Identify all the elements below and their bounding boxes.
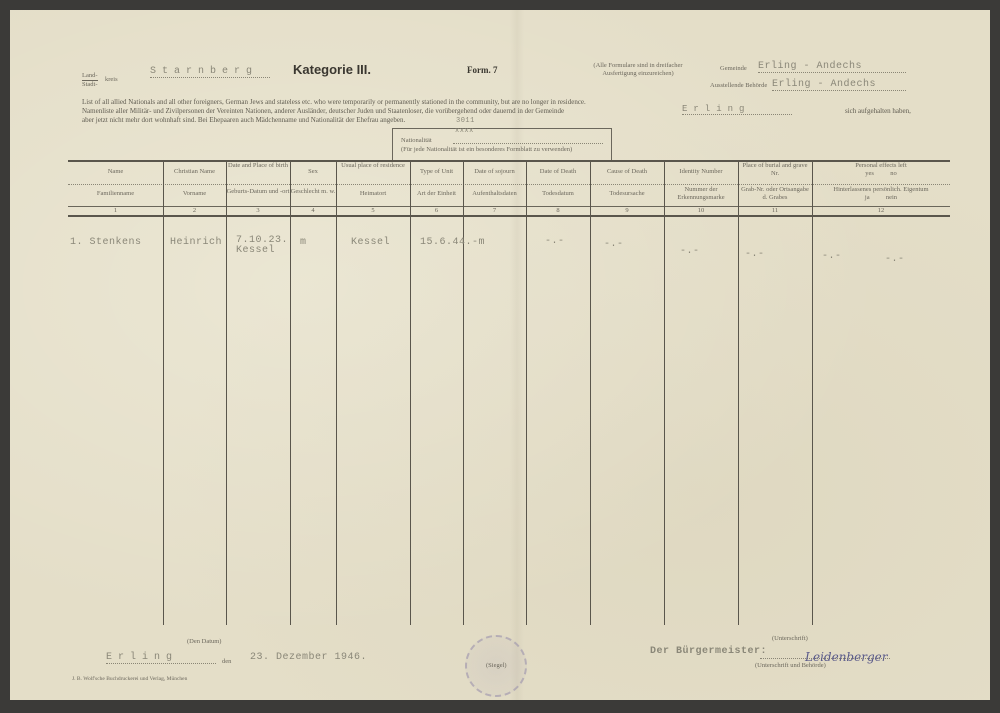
row-effects: -.- xyxy=(885,254,905,265)
register-table: Name Familienname 1 Christian Name Vorna… xyxy=(68,160,950,630)
signature-label: (Unterschrift) xyxy=(772,635,808,643)
kreis-value: Starnberg xyxy=(150,66,270,78)
intro-line-de-2: aber jetzt nicht mehr dort wohnhaft sind… xyxy=(82,116,405,125)
col-header-christian-name: Christian Name xyxy=(163,168,226,176)
col-header-sojourn: Date of sojourn xyxy=(463,168,526,176)
place-value: Erling xyxy=(106,652,216,664)
copies-note: (Alle Formulare sind in dreifacher Ausfe… xyxy=(583,62,693,78)
nationality-box: xxxx Nationalität (Für jede Nationalität… xyxy=(392,128,612,161)
row-birth-place: Kessel xyxy=(236,245,275,256)
row-sex: m xyxy=(300,237,307,248)
mayor-signature: Leidenberger xyxy=(805,650,887,664)
gemeinde-value: Erling - Andechs xyxy=(758,61,906,73)
col-header-burial: Place of burial and grave Nr. xyxy=(738,162,812,178)
nationality-label: Nationalität xyxy=(401,137,432,145)
seal-label: (Siegel) xyxy=(486,662,507,670)
ausstellende-value: Erling - Andechs xyxy=(772,79,906,91)
row-residence: Kessel xyxy=(351,237,390,248)
nationality-typed-mark: xxxx xyxy=(455,127,474,135)
ausstellende-label: Ausstellende Behörde xyxy=(710,82,767,90)
land-label: Land- xyxy=(82,72,98,80)
intro-line-de: Namenliste aller Militär- und Zivilperso… xyxy=(82,107,564,116)
col-header-sex: Sex xyxy=(290,168,336,176)
row-identity-number: -.- xyxy=(745,249,765,260)
row-christian-name: Heinrich xyxy=(170,237,222,248)
intro-suffix: sich aufgehalten haben, xyxy=(845,107,911,116)
intro-gemeinde-value: Erling xyxy=(682,104,792,115)
form-number: Form. 7 xyxy=(467,65,498,75)
col-header-name: Name xyxy=(68,168,163,176)
page-title: Kategorie III. xyxy=(293,62,371,77)
stadt-label: Stadt- xyxy=(82,80,98,89)
gemeinde-label: Gemeinde xyxy=(720,65,747,73)
place-label: (Den Datum) xyxy=(187,638,221,646)
den-label: den xyxy=(222,658,231,666)
row-type-of-unit: 15.6.44.-m xyxy=(420,237,485,248)
col-header-death-cause: Cause of Death xyxy=(590,168,664,176)
printer-line: J. B. Wolf'sche Buchdruckerei und Verlag… xyxy=(72,675,187,683)
nationality-note: (Für jede Nationalität ist ein besondere… xyxy=(401,146,572,154)
mayor-label: Der Bürgermeister: xyxy=(650,646,767,657)
row-cause-of-death: -.- xyxy=(680,246,700,257)
col-header-birth: Date and Place of birth xyxy=(226,162,290,170)
document-page: Land- Stadt- kreis Starnberg Kategorie I… xyxy=(10,10,990,700)
kreis-label: kreis xyxy=(105,76,118,84)
nationality-typed-code: 3011 xyxy=(456,117,475,125)
row-name: 1. Stenkens xyxy=(70,237,142,248)
row-date-of-sojourn: -.- xyxy=(545,236,565,247)
date-value: 23. Dezember 1946. xyxy=(250,652,367,663)
col-header-identity: Identity Number xyxy=(664,168,738,176)
row-place-of-burial: -.- xyxy=(822,251,842,262)
col-header-death-date: Date of Death xyxy=(526,168,590,176)
col-header-residence: Usual place of residence xyxy=(336,162,410,170)
col-header-unit: Type of Unit xyxy=(410,168,463,176)
row-date-of-death: -.- xyxy=(604,239,624,250)
col-header-effects: Personal effects left yes no xyxy=(812,162,950,178)
